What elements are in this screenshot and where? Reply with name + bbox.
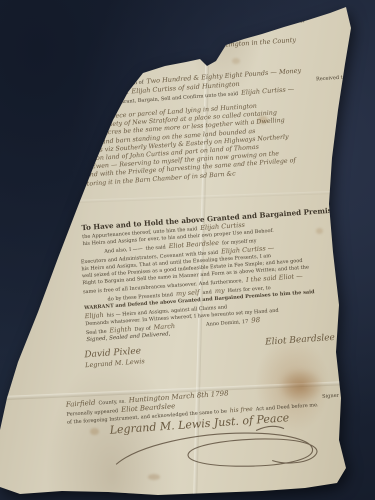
month-script: March	[153, 322, 175, 331]
know-ye-printed: NOW YE, That	[95, 47, 144, 58]
seal-day-script: Eighth	[109, 325, 131, 335]
wax-seal-icon	[343, 332, 358, 344]
know-ye-dropcap: K	[79, 46, 93, 57]
signer-sealer: Signer and Sealer	[322, 391, 368, 401]
warrant-grantee-script: Elijah	[84, 311, 103, 320]
paper-shadow: To all People to whom these Presents sha…	[0, 0, 375, 500]
deed-paper: To all People to whom these Presents sha…	[0, 0, 375, 500]
photo-backdrop: To all People to whom these Presents sha…	[0, 0, 375, 500]
covenant-the-said: the said	[145, 244, 166, 252]
deed-text: To all People to whom these Presents sha…	[78, 16, 373, 484]
satisfaction-printed: full Satisfaction of	[82, 90, 129, 100]
year-script: 98	[251, 316, 261, 326]
warrant-my-script: my	[215, 286, 225, 295]
covenant-heirs: Heirs,	[341, 231, 357, 239]
